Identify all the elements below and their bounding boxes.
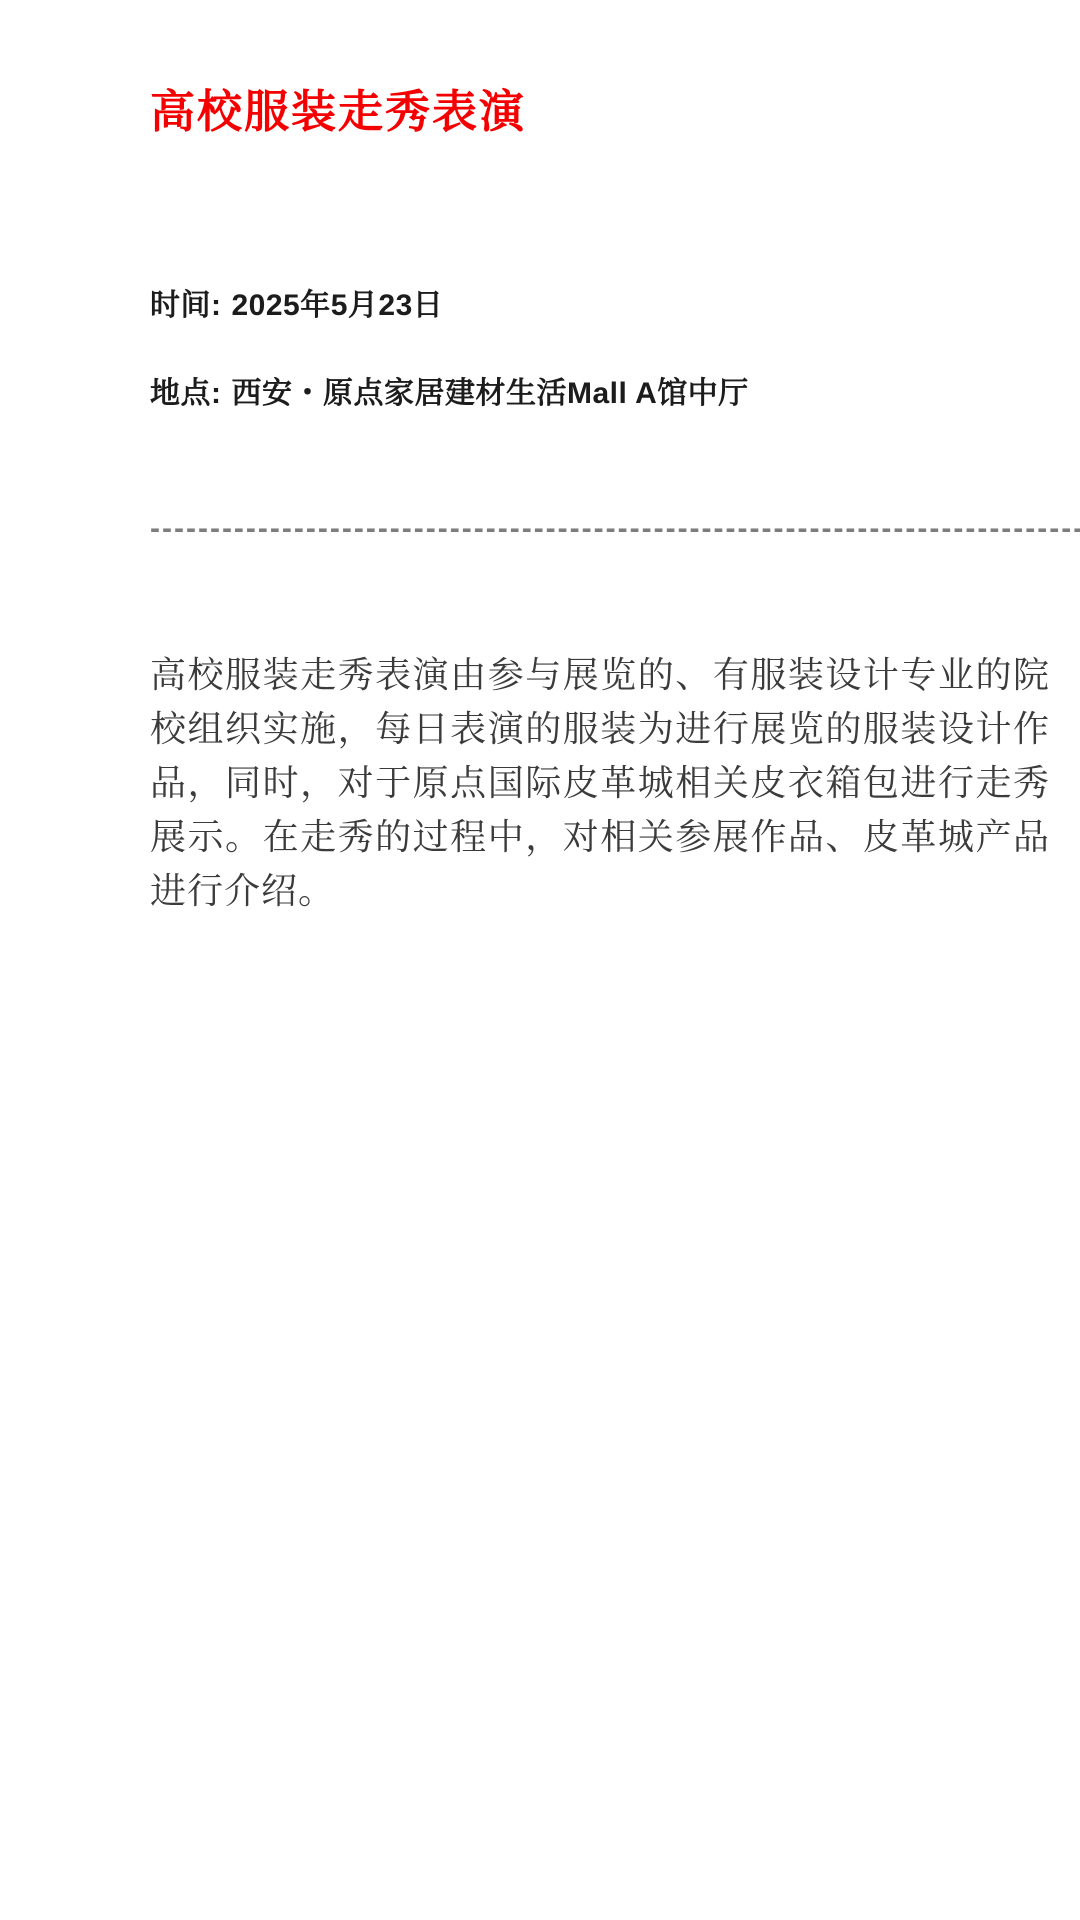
event-location-line: 地点:西安・原点家居建材生活Mall A馆中厅	[150, 374, 1050, 414]
location-value: 西安・原点家居建材生活Mall A馆中厅	[232, 377, 749, 410]
location-label: 地点:	[150, 377, 222, 410]
time-label: 时间:	[150, 289, 222, 322]
time-value: 2025年5月23日	[232, 289, 444, 322]
dashed-divider: ----------------------------------------…	[150, 514, 1080, 544]
event-time-line: 时间:2025年5月23日	[150, 286, 1050, 326]
page-title: 高校服装走秀表演	[150, 86, 1050, 138]
event-article-page: 高校服装走秀表演 时间:2025年5月23日 地点:西安・原点家居建材生活Mal…	[0, 0, 1080, 918]
event-description: 高校服装走秀表演由参与展览的、有服装设计专业的院校组织实施，每日表演的服装为进行…	[150, 648, 1050, 918]
